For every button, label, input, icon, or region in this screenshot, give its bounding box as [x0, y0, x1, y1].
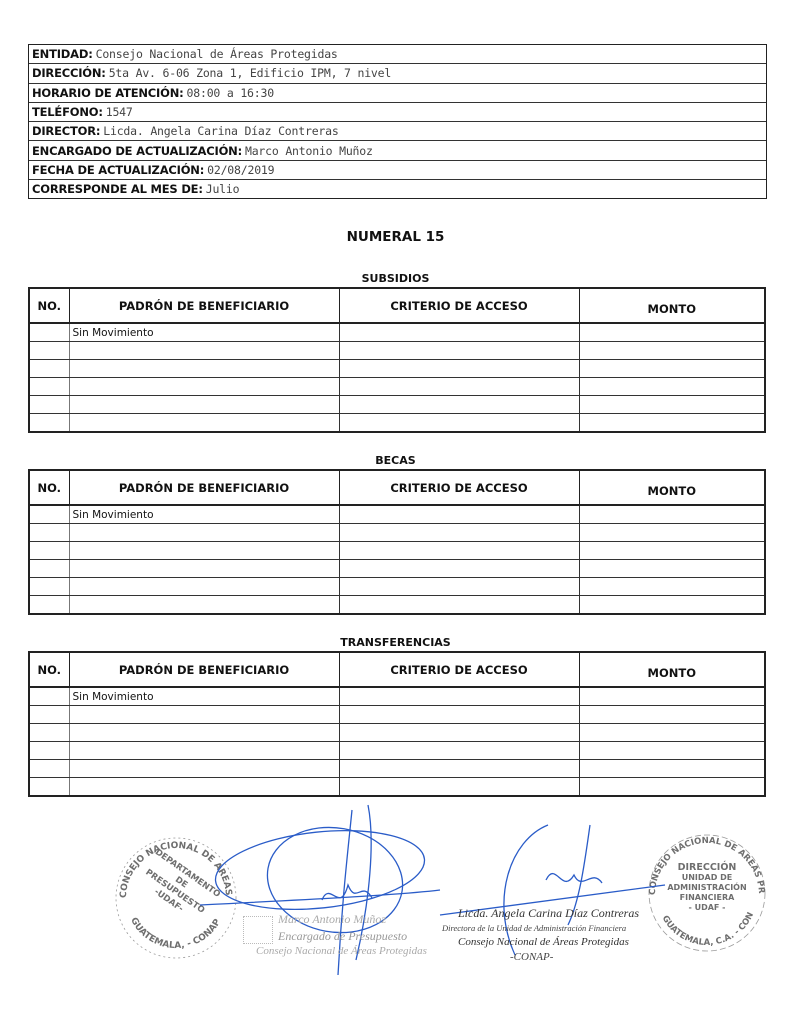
left-signer-role: Encargado de Presupuesto — [278, 929, 407, 944]
table-cell — [29, 378, 69, 396]
table-cell: Sin Movimiento — [69, 323, 339, 342]
table-cell — [29, 342, 69, 360]
table-row — [29, 396, 765, 414]
table-row — [29, 542, 765, 560]
table-cell — [69, 378, 339, 396]
svg-text:PRESUPUESTO: PRESUPUESTO — [143, 868, 206, 916]
right-signature-icon — [440, 825, 665, 955]
table-cell — [339, 378, 579, 396]
info-row-direccion: DIRECCIÓN:5ta Av. 6-06 Zona 1, Edificio … — [29, 64, 766, 83]
table-cell — [339, 414, 579, 433]
column-header: MONTO — [579, 470, 765, 505]
table-cell — [29, 596, 69, 615]
svg-text:UNIDAD DE: UNIDAD DE — [682, 873, 733, 882]
right-signer-abbr: -CONAP- — [510, 951, 553, 963]
table-cell — [579, 706, 765, 724]
info-value: 02/08/2019 — [207, 161, 274, 179]
info-value: Marco Antonio Muñoz — [245, 142, 373, 160]
info-label: HORARIO DE ATENCIÓN: — [32, 84, 184, 102]
table-cell — [339, 724, 579, 742]
table-cell — [579, 542, 765, 560]
info-label: FECHA DE ACTUALIZACIÓN: — [32, 161, 204, 179]
table-cell — [69, 560, 339, 578]
table-cell — [29, 524, 69, 542]
info-label: TELÉFONO: — [32, 103, 103, 121]
table-cell — [579, 524, 765, 542]
table-cell — [69, 524, 339, 542]
left-signer-org: Consejo Nacional de Áreas Protegidas — [256, 945, 427, 957]
table-row — [29, 742, 765, 760]
table-row — [29, 706, 765, 724]
table-cell — [579, 505, 765, 524]
table-cell — [69, 596, 339, 615]
table-cell — [69, 724, 339, 742]
table-cell: Sin Movimiento — [69, 505, 339, 524]
table-row — [29, 778, 765, 797]
table-cell — [29, 360, 69, 378]
table-cell — [579, 596, 765, 615]
table-cell — [29, 742, 69, 760]
info-value: 5ta Av. 6-06 Zona 1, Edificio IPM, 7 niv… — [109, 64, 391, 82]
table-cell — [29, 706, 69, 724]
table-cell — [339, 524, 579, 542]
column-header: CRITERIO DE ACCESO — [339, 470, 579, 505]
table-cell — [339, 596, 579, 615]
table-cell — [69, 542, 339, 560]
table-cell — [579, 414, 765, 433]
info-label: ENCARGADO DE ACTUALIZACIÓN: — [32, 142, 242, 160]
table-cell — [69, 706, 339, 724]
table-row: Sin Movimiento — [29, 505, 765, 524]
info-value: Consejo Nacional de Áreas Protegidas — [96, 45, 338, 63]
table-cell — [579, 687, 765, 706]
column-header: PADRÓN DE BENEFICIARIO — [69, 470, 339, 505]
right-signer-org: Consejo Nacional de Áreas Protegidas — [458, 936, 629, 948]
info-row-telefono: TELÉFONO:1547 — [29, 103, 766, 122]
column-header: CRITERIO DE ACCESO — [339, 652, 579, 687]
svg-text:FINANCIERA: FINANCIERA — [680, 893, 735, 902]
table-row — [29, 360, 765, 378]
info-row-mes: CORRESPONDE AL MES DE:Julio — [29, 180, 766, 198]
table-row — [29, 524, 765, 542]
info-label: CORRESPONDE AL MES DE: — [32, 180, 203, 198]
info-row-encargado: ENCARGADO DE ACTUALIZACIÓN:Marco Antonio… — [29, 141, 766, 160]
table-row: Sin Movimiento — [29, 687, 765, 706]
table-cell — [339, 560, 579, 578]
table-row: Sin Movimiento — [29, 323, 765, 342]
table-cell — [579, 778, 765, 797]
table-cell — [69, 342, 339, 360]
table-cell — [579, 396, 765, 414]
table-cell — [339, 342, 579, 360]
svg-text:-UDAF-: -UDAF- — [152, 887, 185, 914]
table-cell — [339, 505, 579, 524]
table-cell — [339, 360, 579, 378]
table-subsidios: NO.PADRÓN DE BENEFICIARIOCRITERIO DE ACC… — [28, 287, 766, 433]
table-cell — [579, 342, 765, 360]
table-cell — [579, 578, 765, 596]
table-cell — [29, 396, 69, 414]
column-header: NO. — [29, 652, 69, 687]
table-cell — [69, 778, 339, 797]
info-label: DIRECTOR: — [32, 122, 100, 140]
table-transferencias: NO.PADRÓN DE BENEFICIARIOCRITERIO DE ACC… — [28, 651, 766, 797]
svg-text:DIRECCIÓN: DIRECCIÓN — [678, 861, 737, 873]
table-row — [29, 578, 765, 596]
info-label: DIRECCIÓN: — [32, 64, 106, 82]
column-header: PADRÓN DE BENEFICIARIO — [69, 652, 339, 687]
info-label: ENTIDAD: — [32, 45, 93, 63]
table-row — [29, 724, 765, 742]
info-value: 1547 — [106, 103, 133, 121]
column-header: CRITERIO DE ACCESO — [339, 288, 579, 323]
column-header: NO. — [29, 288, 69, 323]
svg-text:DEPARTAMENTO: DEPARTAMENTO — [153, 847, 222, 899]
table-cell — [29, 560, 69, 578]
info-row-fecha: FECHA DE ACTUALIZACIÓN:02/08/2019 — [29, 161, 766, 180]
table-cell — [579, 742, 765, 760]
numeral-heading: NUMERAL 15 — [0, 229, 791, 245]
table-cell — [69, 742, 339, 760]
table-row — [29, 596, 765, 615]
table-cell — [339, 578, 579, 596]
table-row — [29, 560, 765, 578]
table-cell — [69, 578, 339, 596]
table-becas: NO.PADRÓN DE BENEFICIARIOCRITERIO DE ACC… — [28, 469, 766, 615]
section-title: TRANSFERENCIAS — [0, 636, 791, 649]
column-header: NO. — [29, 470, 69, 505]
table-cell — [69, 396, 339, 414]
info-row-entidad: ENTIDAD:Consejo Nacional de Áreas Proteg… — [29, 45, 766, 64]
table-row — [29, 378, 765, 396]
entity-info-box: ENTIDAD:Consejo Nacional de Áreas Proteg… — [28, 44, 767, 199]
column-header: MONTO — [579, 652, 765, 687]
table-cell — [579, 360, 765, 378]
info-value: Licda. Angela Carina Díaz Contreras — [103, 122, 338, 140]
section-title: BECAS — [0, 454, 791, 467]
info-row-director: DIRECTOR:Licda. Angela Carina Díaz Contr… — [29, 122, 766, 141]
table-cell — [339, 742, 579, 760]
table-row — [29, 342, 765, 360]
table-cell: Sin Movimiento — [69, 687, 339, 706]
column-header: MONTO — [579, 288, 765, 323]
table-cell — [29, 578, 69, 596]
svg-text:- UDAF -: - UDAF - — [688, 903, 725, 912]
table-cell — [339, 542, 579, 560]
table-cell — [69, 760, 339, 778]
table-cell — [29, 323, 69, 342]
table-cell — [29, 505, 69, 524]
table-cell — [579, 724, 765, 742]
table-cell — [339, 760, 579, 778]
table-cell — [339, 396, 579, 414]
table-cell — [339, 706, 579, 724]
table-cell — [579, 560, 765, 578]
info-value: 08:00 a 16:30 — [187, 84, 274, 102]
right-signer-role: Directora de la Unidad de Administración… — [442, 923, 626, 933]
right-signer-name: Licda. Angela Carina Díaz Contreras — [458, 906, 639, 921]
table-cell — [29, 414, 69, 433]
svg-text:ADMINISTRACIÓN: ADMINISTRACIÓN — [667, 881, 746, 892]
table-cell — [29, 778, 69, 797]
column-header: PADRÓN DE BENEFICIARIO — [69, 288, 339, 323]
table-cell — [29, 687, 69, 706]
table-cell — [69, 360, 339, 378]
svg-text:DE: DE — [173, 875, 189, 891]
table-cell — [579, 760, 765, 778]
table-cell — [29, 542, 69, 560]
section-title: SUBSIDIOS — [0, 272, 791, 285]
table-cell — [339, 323, 579, 342]
table-cell — [339, 687, 579, 706]
table-row — [29, 414, 765, 433]
svg-text:GUATEMALA, - CONAP: GUATEMALA, - CONAP — [128, 916, 223, 951]
left-signature-icon — [200, 805, 440, 975]
table-cell — [339, 778, 579, 797]
left-signer-name: Marco Antonio Muñoz — [278, 912, 386, 927]
left-seal-icon — [243, 916, 273, 944]
info-row-horario: HORARIO DE ATENCIÓN:08:00 a 16:30 — [29, 84, 766, 103]
table-cell — [69, 414, 339, 433]
table-cell — [29, 724, 69, 742]
table-cell — [29, 760, 69, 778]
table-row — [29, 760, 765, 778]
table-cell — [579, 323, 765, 342]
table-cell — [579, 378, 765, 396]
info-value: Julio — [206, 180, 240, 198]
